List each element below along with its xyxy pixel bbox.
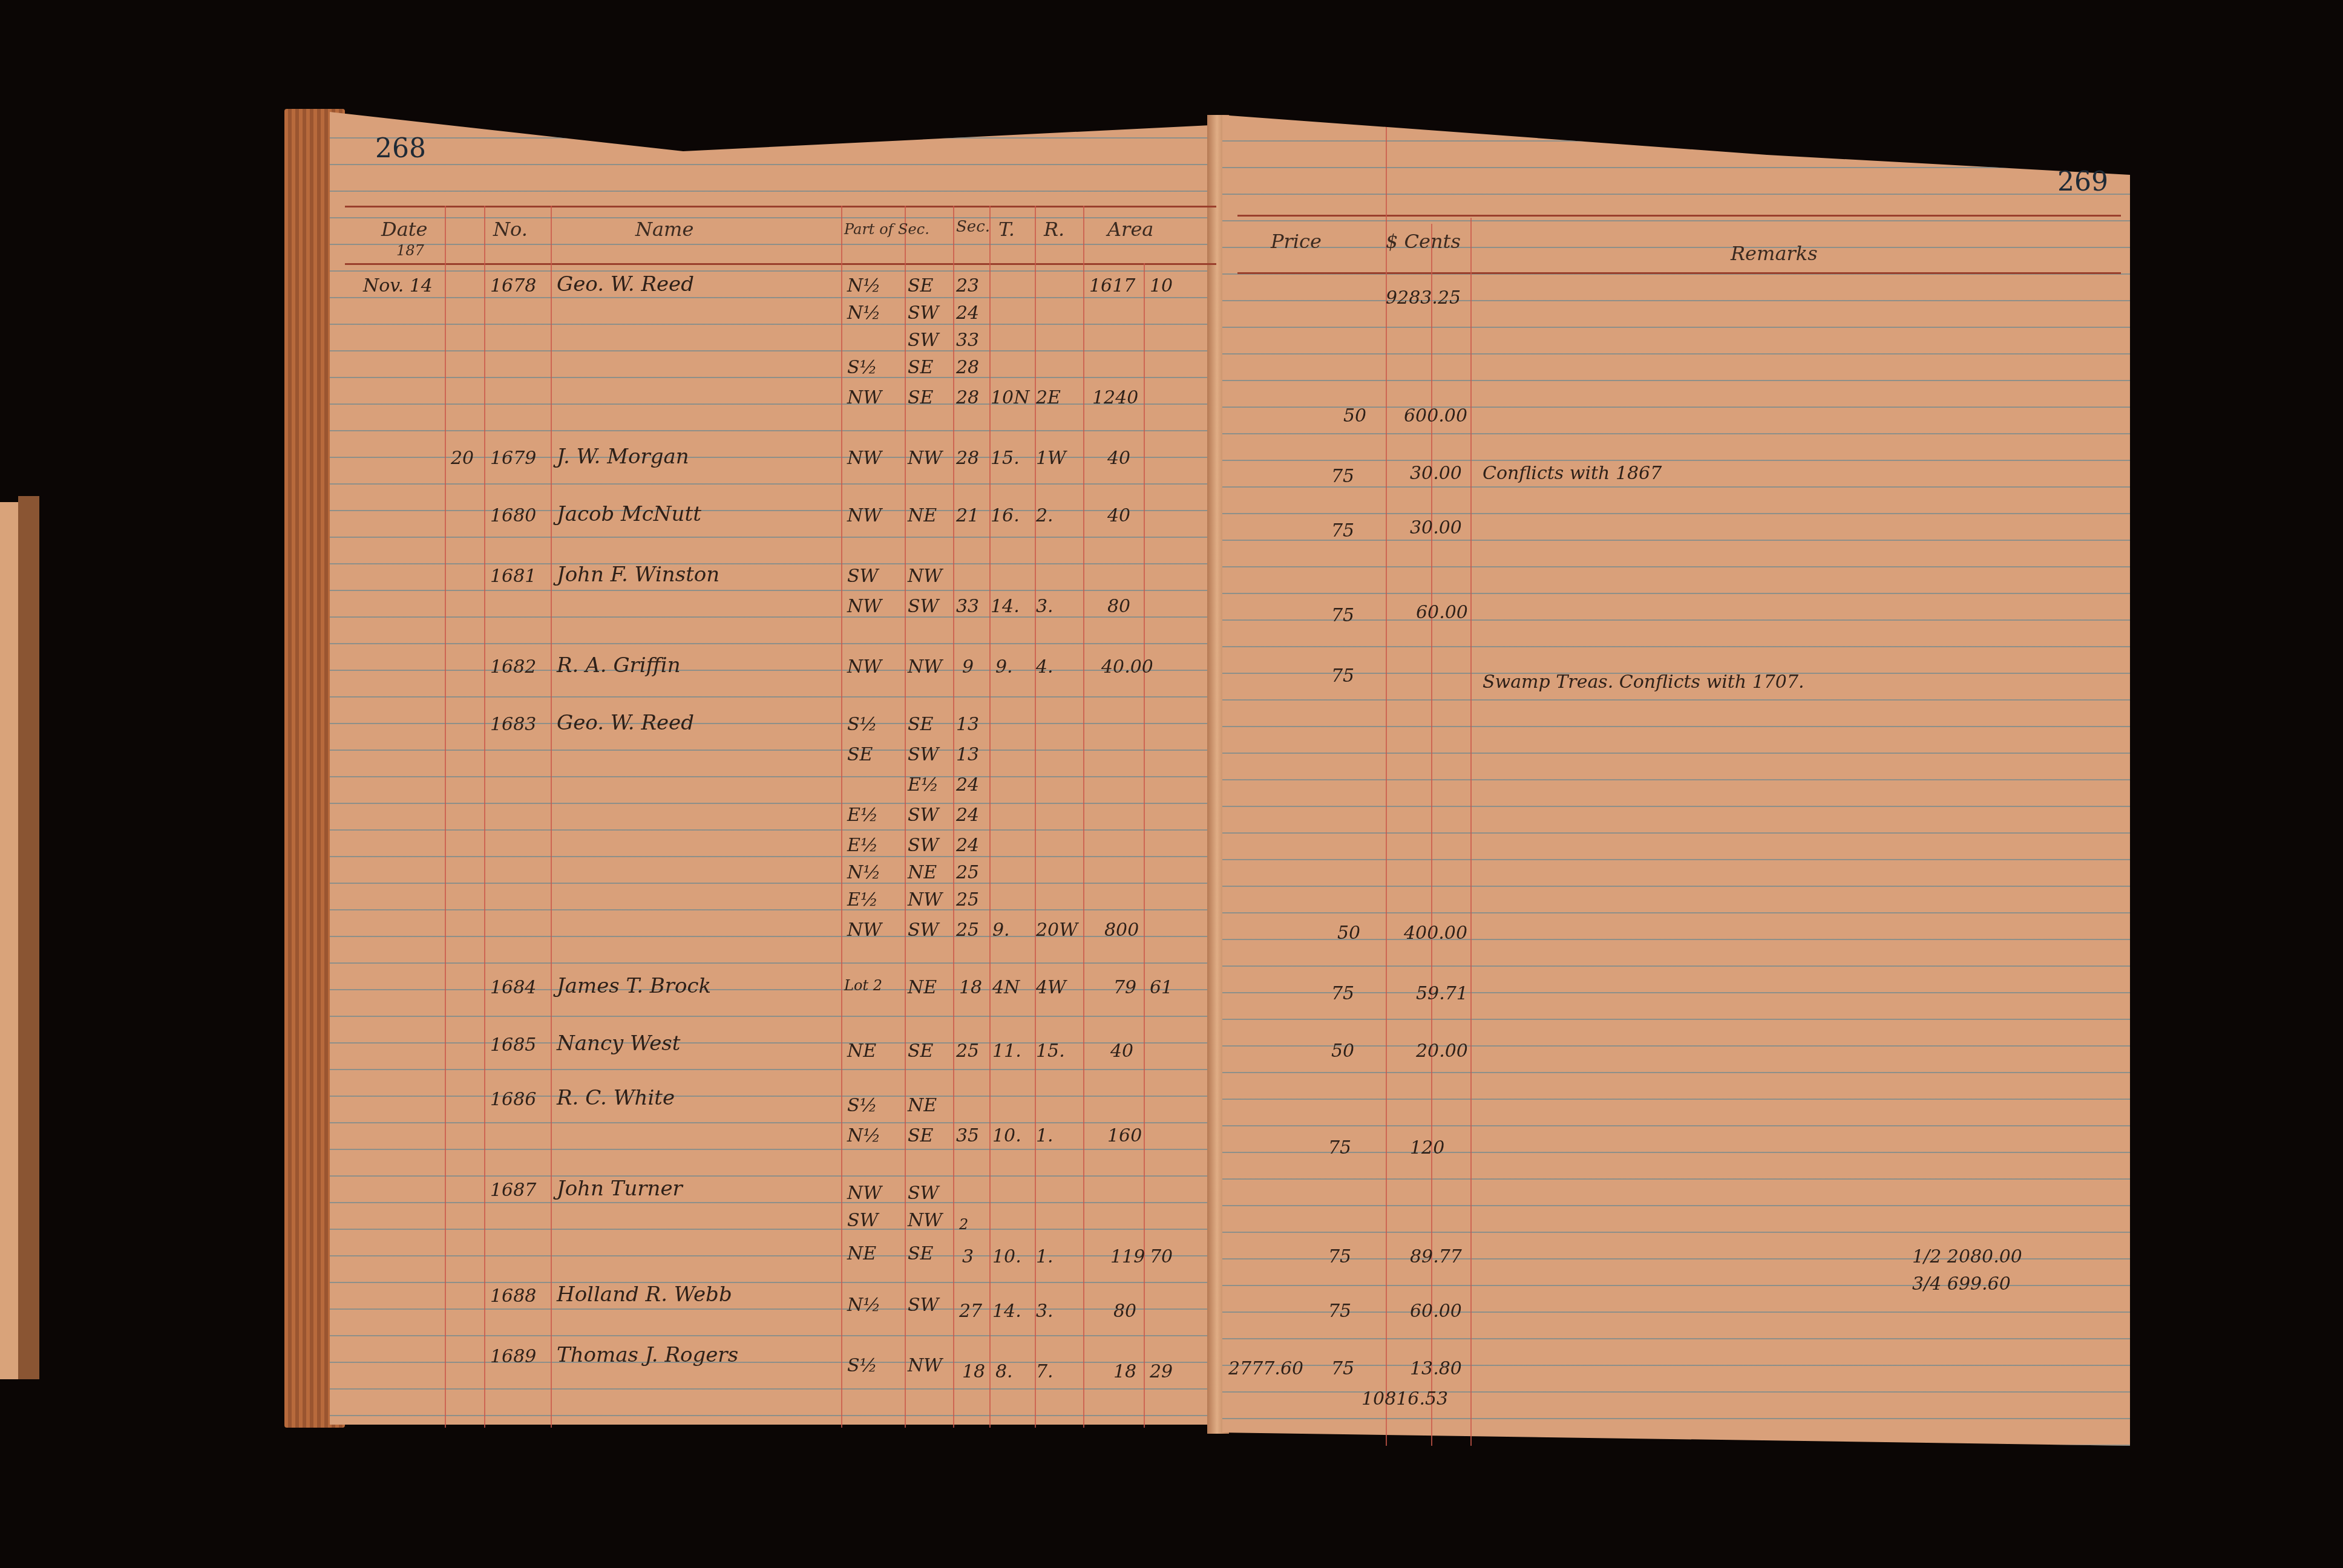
sec: 33 <box>956 596 979 617</box>
col-header-year: 187 <box>396 242 424 259</box>
col-rule <box>551 206 552 1428</box>
amount: 13.80 <box>1410 1358 1462 1379</box>
part-of-sec: N½ <box>847 1295 880 1316</box>
header-rule-bottom-right <box>1237 272 2121 274</box>
header-rule-bottom-left <box>345 263 1216 265</box>
entry-no: 1686 <box>490 1089 536 1110</box>
remark: Swamp Treas. Conflicts with 1707. <box>1483 671 1804 693</box>
entry-name: J. W. Morgan <box>557 445 689 469</box>
price: 75 <box>1328 1301 1351 1322</box>
quarter: NW <box>908 656 942 678</box>
township: 10N <box>991 387 1029 408</box>
township: 9. <box>992 920 1010 941</box>
area-fraction: 10 <box>1150 275 1173 296</box>
township: 14. <box>991 596 1020 617</box>
col-rule <box>445 206 446 1428</box>
area: 80 <box>1113 1301 1136 1322</box>
part-of-sec: S½ <box>847 1095 877 1116</box>
quarter: SW <box>908 1183 939 1204</box>
amount-total: 10816.53 <box>1362 1388 1448 1410</box>
sec: 18 <box>962 1361 985 1382</box>
area-fraction: 29 <box>1150 1361 1173 1382</box>
quarter: NW <box>908 566 942 587</box>
part-of-sec: NW <box>847 505 882 526</box>
entry-date: 20 <box>451 448 474 469</box>
part-of-sec: NE <box>847 1243 876 1264</box>
range: 3. <box>1036 1301 1054 1322</box>
col-header-price: Price <box>1271 230 1322 253</box>
part-of-sec: SW <box>847 1210 878 1231</box>
sec: 25 <box>956 862 979 883</box>
col-rule <box>1386 127 1387 1446</box>
amount: 30.00 <box>1410 463 1462 484</box>
township: 9. <box>995 656 1013 678</box>
sec: 24 <box>956 835 979 856</box>
quarter: NW <box>908 448 942 469</box>
range: 2. <box>1036 505 1054 526</box>
area: 1240 <box>1092 387 1138 408</box>
sec: 23 <box>956 275 979 296</box>
entry-name: Geo. W. Reed <box>557 711 694 735</box>
range: 2E <box>1036 387 1061 408</box>
quarter: NW <box>908 1355 942 1376</box>
area: 40 <box>1107 505 1130 526</box>
part-of-sec: E½ <box>847 889 878 910</box>
range: 1W <box>1036 448 1066 469</box>
quarter: SW <box>908 596 939 617</box>
area: 40 <box>1107 448 1130 469</box>
part-of-sec: NW <box>847 656 882 678</box>
col-rule <box>484 206 485 1428</box>
price: 50 <box>1343 405 1366 426</box>
range: 4. <box>1036 656 1054 678</box>
col-header-date: Date <box>381 218 428 241</box>
amount: 400.00 <box>1404 923 1467 944</box>
amount: 30.00 <box>1410 517 1462 538</box>
area: 119 <box>1110 1246 1145 1267</box>
price: 75 <box>1331 466 1354 487</box>
quarter: SE <box>908 1243 933 1264</box>
sec: 9 <box>962 656 974 678</box>
quarter: E½ <box>908 774 939 795</box>
price: 50 <box>1331 1040 1354 1062</box>
quarter: NW <box>908 1210 942 1231</box>
entry-no: 1684 <box>490 977 536 998</box>
part-of-sec: NW <box>847 596 882 617</box>
part-of-sec: NE <box>847 1040 876 1062</box>
price: 75 <box>1331 983 1354 1004</box>
area: 160 <box>1107 1125 1142 1146</box>
area-total: 2777.60 <box>1228 1358 1303 1379</box>
part-of-sec: Lot 2 <box>844 977 882 994</box>
sec: 33 <box>956 330 979 351</box>
sec: 28 <box>956 357 979 378</box>
part-of-sec: SE <box>847 744 873 765</box>
part-of-sec: NW <box>847 387 882 408</box>
entry-no: 1688 <box>490 1285 536 1307</box>
col-header-amount: $ Cents <box>1386 230 1461 253</box>
sec: 13 <box>956 744 979 765</box>
quarter: SE <box>908 275 933 296</box>
entry-name: R. C. White <box>557 1086 675 1110</box>
entry-no: 1681 <box>490 566 536 587</box>
part-of-sec: N½ <box>847 275 880 296</box>
price: 75 <box>1331 1358 1354 1379</box>
part-of-sec: S½ <box>847 357 877 378</box>
col-header-part-of-sec: Part of Sec. <box>844 221 929 238</box>
quarter: SW <box>908 744 939 765</box>
entry-no: 1680 <box>490 505 536 526</box>
township: 15. <box>991 448 1020 469</box>
entry-no: 1683 <box>490 714 536 735</box>
amount: 59.71 <box>1416 983 1468 1004</box>
amount: 600.00 <box>1404 405 1467 426</box>
entry-name: R. A. Griffin <box>557 653 681 678</box>
area: 18 <box>1113 1361 1136 1382</box>
entry-name: Jacob McNutt <box>557 502 701 526</box>
quarter: SW <box>908 805 939 826</box>
township: 11. <box>992 1040 1021 1062</box>
price: 75 <box>1328 1137 1351 1158</box>
quarter: NE <box>908 505 937 526</box>
col-rule <box>1470 218 1472 1446</box>
township: 8. <box>995 1361 1013 1382</box>
col-rule <box>841 206 842 1428</box>
range: 1. <box>1036 1246 1054 1267</box>
sec: 18 <box>959 977 982 998</box>
part-of-sec: NW <box>847 1183 882 1204</box>
area: 40 <box>1110 1040 1133 1062</box>
entry-name: Geo. W. Reed <box>557 272 694 296</box>
adjacent-book-binding <box>18 496 39 1379</box>
sec: 2 <box>959 1216 968 1233</box>
margin-note: 1/2 2080.00 <box>1912 1246 2022 1267</box>
part-of-sec: N½ <box>847 302 880 324</box>
quarter: NE <box>908 1095 937 1116</box>
range: 15. <box>1036 1040 1065 1062</box>
col-header-name: Name <box>635 218 693 241</box>
part-of-sec: NW <box>847 920 882 941</box>
quarter: SW <box>908 302 939 324</box>
entry-no: 1678 <box>490 275 536 296</box>
township: 14. <box>992 1301 1021 1322</box>
area: 800 <box>1104 920 1139 941</box>
part-of-sec: N½ <box>847 862 880 883</box>
sec: 24 <box>956 805 979 826</box>
entry-name: Holland R. Webb <box>557 1282 732 1307</box>
col-rule <box>953 206 954 1428</box>
quarter: NE <box>908 862 937 883</box>
quarter: NW <box>908 889 942 910</box>
township: 4N <box>992 977 1020 998</box>
amount: 60.00 <box>1410 1301 1462 1322</box>
sec: 28 <box>956 448 979 469</box>
part-of-sec: S½ <box>847 1355 877 1376</box>
amount: 89.77 <box>1410 1246 1462 1267</box>
amount: 60.00 <box>1416 602 1468 623</box>
amount-carried: 9283.25 <box>1386 287 1461 309</box>
entry-no: 1689 <box>490 1346 536 1367</box>
entry-name: Thomas J. Rogers <box>557 1343 738 1367</box>
entry-no: 1682 <box>490 656 536 678</box>
part-of-sec: E½ <box>847 835 878 856</box>
remark: Conflicts with 1867 <box>1483 463 1662 484</box>
header-rule-top-left <box>345 206 1216 207</box>
price: 75 <box>1331 605 1354 626</box>
sec: 24 <box>956 774 979 795</box>
area: 40.00 <box>1101 656 1153 678</box>
col-header-remarks: Remarks <box>1731 242 1818 265</box>
range: 20W <box>1036 920 1078 941</box>
range: 4W <box>1036 977 1066 998</box>
township: 10. <box>992 1125 1021 1146</box>
col-header-no: No. <box>493 218 528 241</box>
range: 3. <box>1036 596 1054 617</box>
township: 10. <box>992 1246 1021 1267</box>
price: 75 <box>1331 520 1354 541</box>
sec: 35 <box>956 1125 979 1146</box>
quarter: SW <box>908 835 939 856</box>
entry-date: Nov. 14 <box>363 275 433 296</box>
sec: 27 <box>959 1301 982 1322</box>
ledger-page-left <box>330 112 1213 1425</box>
quarter: SE <box>908 714 933 735</box>
entry-name: John F. Winston <box>557 563 719 587</box>
quarter: SE <box>908 387 933 408</box>
entry-no: 1687 <box>490 1180 536 1201</box>
part-of-sec: E½ <box>847 805 878 826</box>
col-header-t: T. <box>998 218 1015 241</box>
col-header-area: Area <box>1107 218 1153 241</box>
sec: 25 <box>956 1040 979 1062</box>
quarter: SE <box>908 1125 933 1146</box>
quarter: SW <box>908 330 939 351</box>
amount: 120 <box>1410 1137 1444 1158</box>
range: 7. <box>1036 1361 1054 1382</box>
sec: 24 <box>956 302 979 324</box>
sec: 28 <box>956 387 979 408</box>
quarter: SE <box>908 1040 933 1062</box>
page-number-right: 269 <box>2057 166 2108 197</box>
area: 1617 <box>1089 275 1135 296</box>
col-rule <box>905 206 906 1428</box>
col-header-sec: Sec. <box>956 218 990 236</box>
part-of-sec: N½ <box>847 1125 880 1146</box>
quarter: SW <box>908 920 939 941</box>
amount: 20.00 <box>1416 1040 1468 1062</box>
sec: 3 <box>962 1246 974 1267</box>
price: 75 <box>1328 1246 1351 1267</box>
price: 50 <box>1337 923 1360 944</box>
sec: 25 <box>956 889 979 910</box>
quarter: SW <box>908 1295 939 1316</box>
part-of-sec: NW <box>847 448 882 469</box>
header-rule-top-right <box>1237 215 2121 217</box>
price: 75 <box>1331 665 1354 687</box>
part-of-sec: S½ <box>847 714 877 735</box>
entry-name: James T. Brock <box>557 974 711 998</box>
township: 16. <box>991 505 1020 526</box>
margin-note: 3/4 699.60 <box>1912 1273 2011 1295</box>
area-fraction: 70 <box>1150 1246 1173 1267</box>
entry-no: 1685 <box>490 1034 536 1056</box>
entry-no: 1679 <box>490 448 536 469</box>
quarter: NE <box>908 977 937 998</box>
part-of-sec: SW <box>847 566 878 587</box>
col-rule <box>1083 206 1084 1428</box>
page-number-left: 268 <box>375 133 426 164</box>
sec: 21 <box>956 505 979 526</box>
area: 80 <box>1107 596 1130 617</box>
col-header-r: R. <box>1044 218 1064 241</box>
entry-name: Nancy West <box>557 1031 680 1056</box>
area-fraction: 61 <box>1150 977 1173 998</box>
range: 1. <box>1036 1125 1054 1146</box>
quarter: SE <box>908 357 933 378</box>
entry-name: John Turner <box>557 1177 683 1201</box>
area: 79 <box>1113 977 1136 998</box>
sec: 25 <box>956 920 979 941</box>
sec: 13 <box>956 714 979 735</box>
